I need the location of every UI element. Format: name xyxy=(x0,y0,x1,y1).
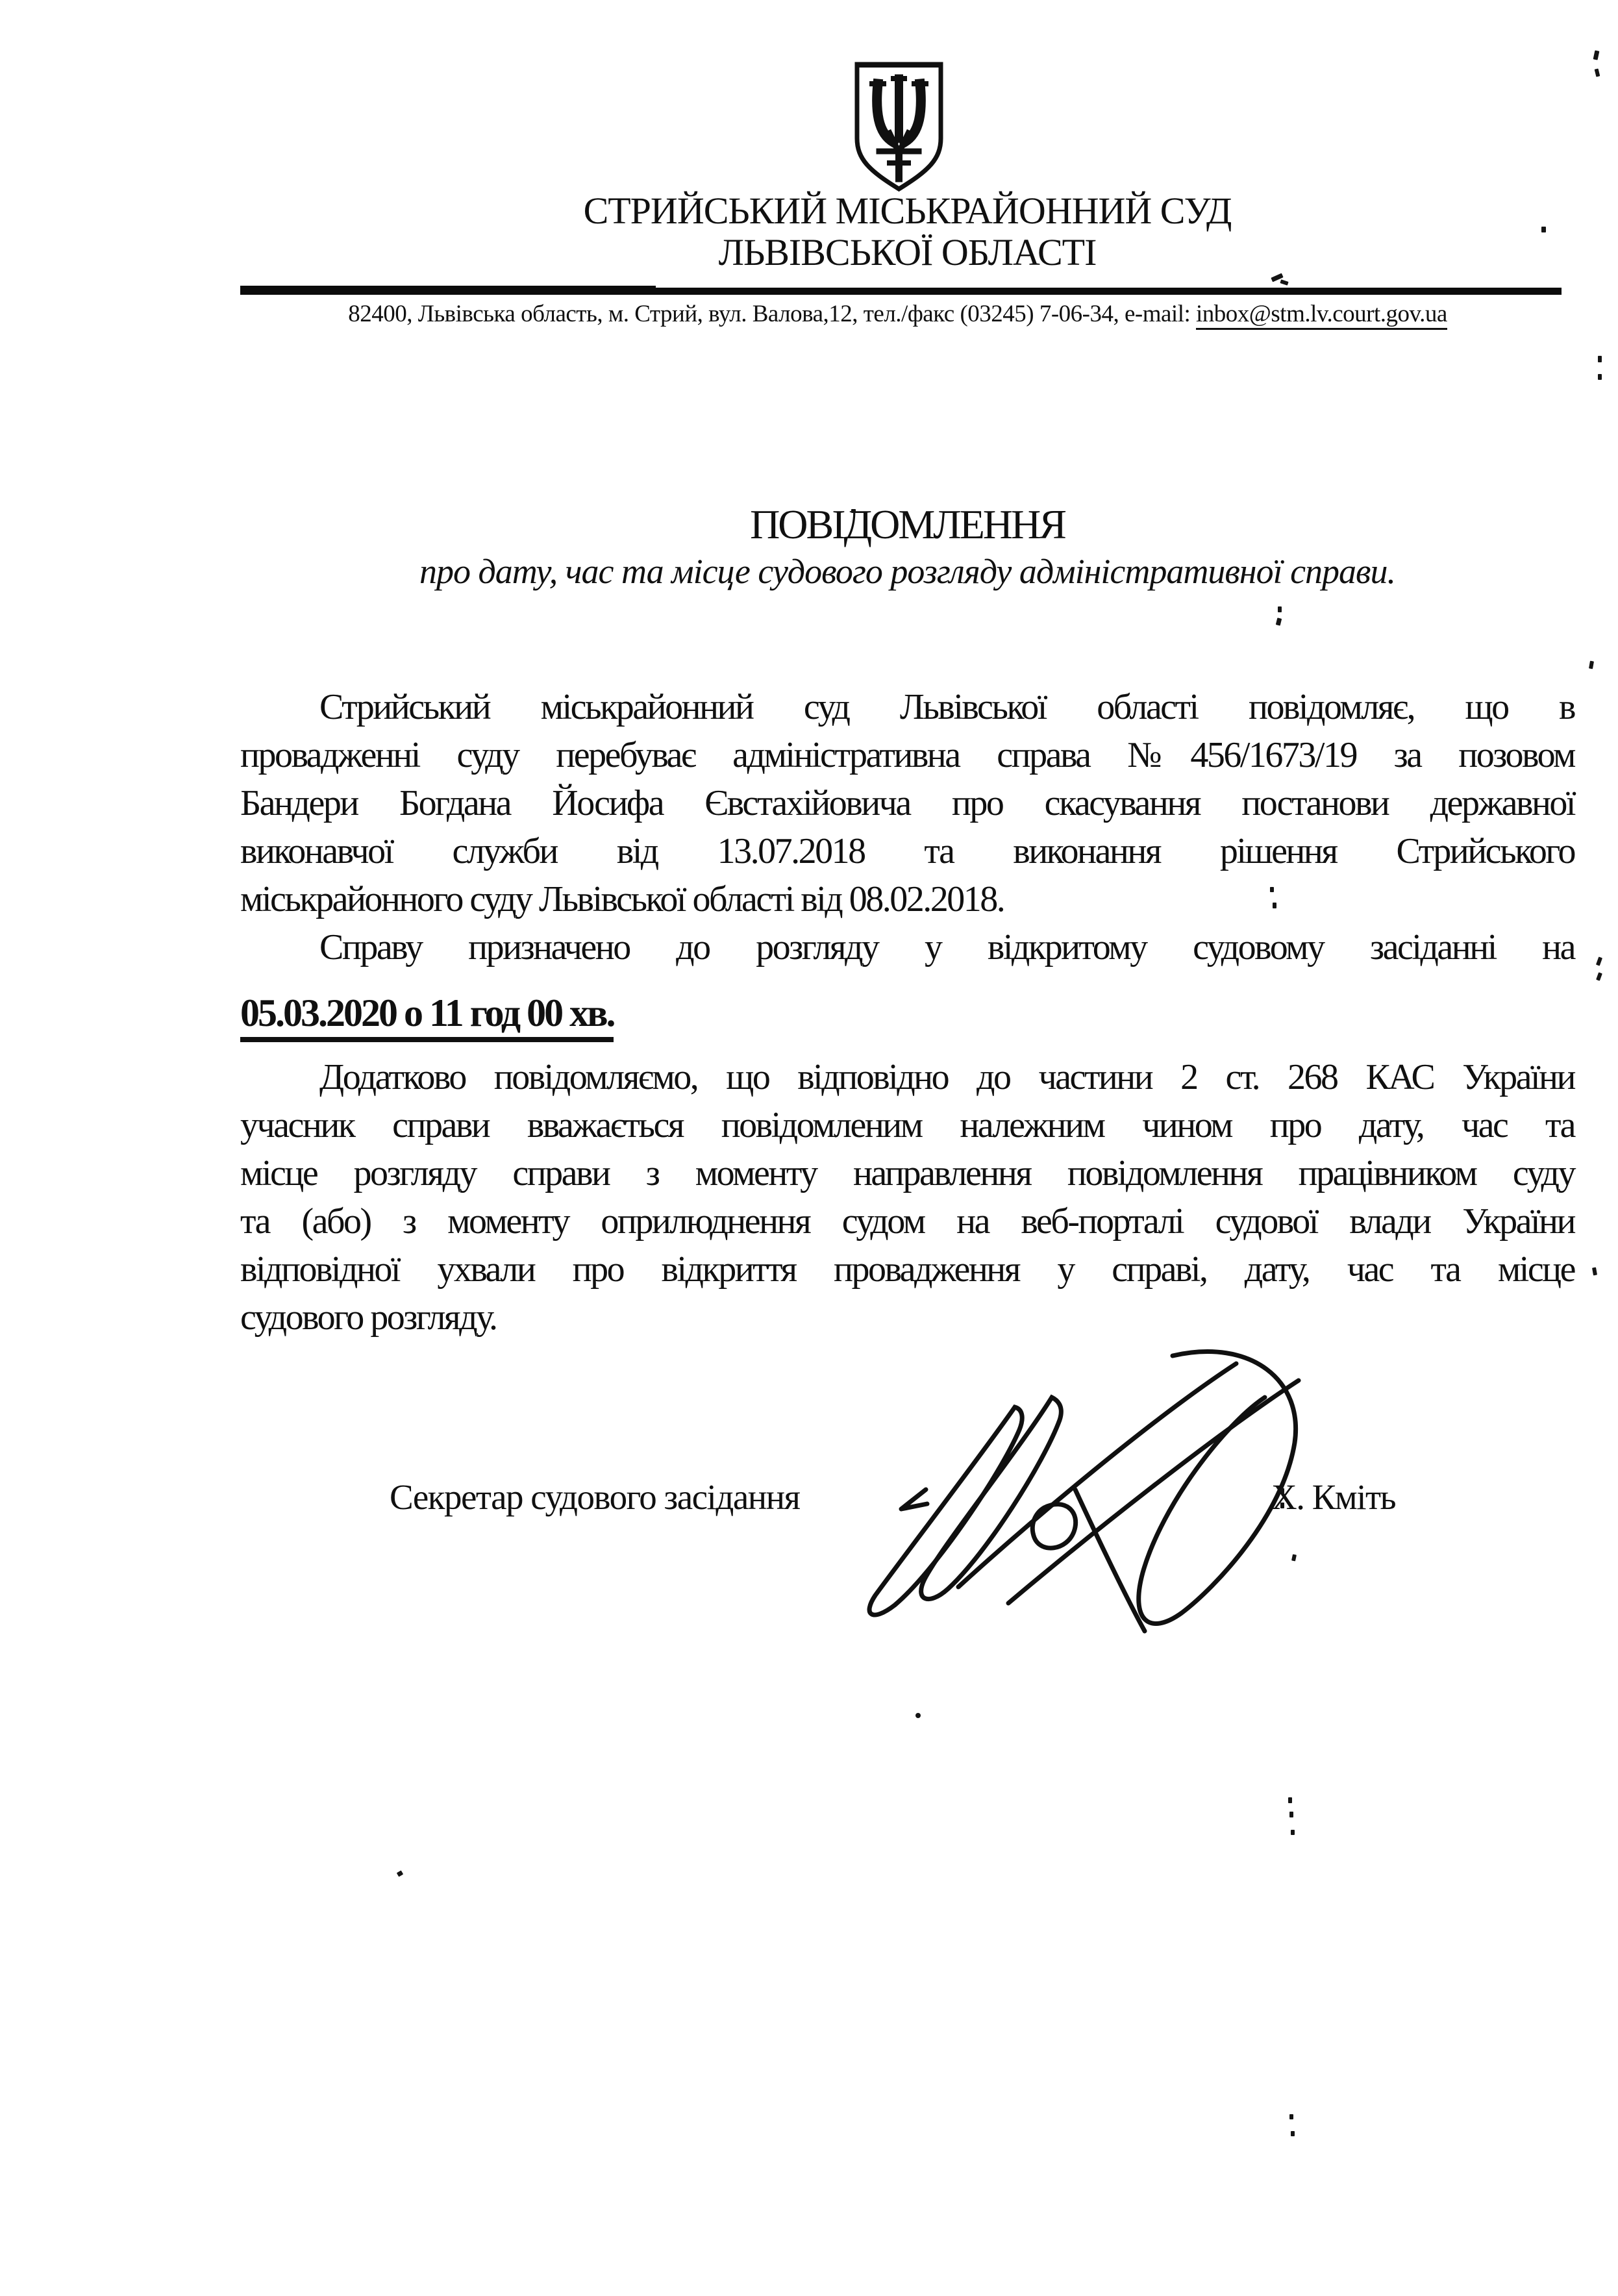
scan-artifact xyxy=(1273,903,1276,908)
scan-artifact xyxy=(851,509,856,513)
scanned-court-notice-page: СТРИЙСЬКИЙ МІСЬКРАЙОННИЙ СУД ЛЬВІВСЬКОЇ … xyxy=(0,0,1618,2296)
paragraph3-line: відповідної ухвали про відкриття провадж… xyxy=(240,1245,1574,1293)
scan-artifact xyxy=(1592,1267,1597,1276)
signature-name: Х. Кміть xyxy=(1271,1478,1395,1517)
hearing-datetime: 05.03.2020 о 11 год 00 хв. xyxy=(240,980,1574,1045)
signature-role-label: Секретар судового засідання xyxy=(390,1478,799,1517)
letterhead-divider-line xyxy=(240,288,1562,295)
scan-artifact xyxy=(1278,606,1282,612)
scan-artifact xyxy=(1280,1488,1284,1493)
scan-artifact xyxy=(1596,972,1602,980)
hearing-datetime-text: 05.03.2020 о 11 год 00 хв. xyxy=(240,992,614,1042)
ukraine-trident-emblem xyxy=(852,60,946,193)
letterhead-court-name: СТРИЙСЬКИЙ МІСЬКРАЙОННИЙ СУД ЛЬВІВСЬКОЇ … xyxy=(240,190,1574,273)
contact-email: inbox@stm.lv.court.gov.ua xyxy=(1196,301,1447,330)
scan-artifact xyxy=(1289,1812,1293,1817)
paragraph1-line: Стрийський міськрайонний суд Львівської … xyxy=(240,683,1574,731)
paragraph2-line: Справу призначено до розгляду у відкрито… xyxy=(240,923,1574,971)
scan-artifact xyxy=(1541,227,1546,232)
scan-artifact xyxy=(1288,1797,1292,1803)
scan-artifact xyxy=(1289,2114,1293,2119)
paragraph1-line: виконавчої служби від 13.07.2018 та вико… xyxy=(240,827,1574,875)
scan-artifact xyxy=(1280,1503,1284,1508)
scan-artifact xyxy=(1276,618,1282,625)
paragraph3-line: Додатково повідомляємо, що відповідно до… xyxy=(240,1053,1574,1101)
document-body: Стрийський міськрайонний суд Львівської … xyxy=(240,683,1574,1341)
scan-artifact xyxy=(397,1870,403,1877)
scan-artifact xyxy=(1596,956,1602,966)
letterhead-contact-line: 82400, Львівська область, м. Стрий, вул.… xyxy=(221,298,1574,331)
scan-artifact xyxy=(1589,661,1594,669)
scan-artifact xyxy=(1593,50,1600,60)
scan-artifact xyxy=(915,1713,921,1718)
paragraph1-line: міськрайонного суду Львівської області в… xyxy=(240,875,1574,923)
court-name-line2: ЛЬВІВСЬКОЇ ОБЛАСТІ xyxy=(240,232,1574,273)
scan-artifact xyxy=(1598,374,1602,380)
contact-text: 82400, Львівська область, м. Стрий, вул.… xyxy=(348,301,1196,327)
scan-artifact xyxy=(1270,887,1274,892)
paragraph3-line: місце розгляду справи з моменту направле… xyxy=(240,1149,1574,1197)
paragraph3-line: учасник справи вважається повідомленим н… xyxy=(240,1101,1574,1149)
paragraph3-line: судового розгляду. xyxy=(240,1293,1574,1341)
paragraph1-line: провадженні суду перебуває адміністратив… xyxy=(240,731,1574,779)
paragraph3-line: та (або) з моменту оприлюднення судом на… xyxy=(240,1197,1574,1245)
document-title: ПОВІДОМЛЕННЯ xyxy=(240,501,1574,548)
handwritten-signature xyxy=(849,1345,1304,1639)
paragraph1-line: Бандери Богдана Йосифа Євстахійовича про… xyxy=(240,779,1574,827)
scan-artifact xyxy=(1291,2131,1295,2136)
court-name-line1: СТРИЙСЬКИЙ МІСЬКРАЙОННИЙ СУД xyxy=(240,190,1574,232)
scan-artifact xyxy=(1598,356,1602,362)
scan-artifact xyxy=(1280,279,1288,285)
document-subtitle: про дату, час та місце судового розгляду… xyxy=(240,551,1574,592)
scan-artifact xyxy=(1291,1830,1295,1835)
scan-artifact xyxy=(1595,68,1600,77)
